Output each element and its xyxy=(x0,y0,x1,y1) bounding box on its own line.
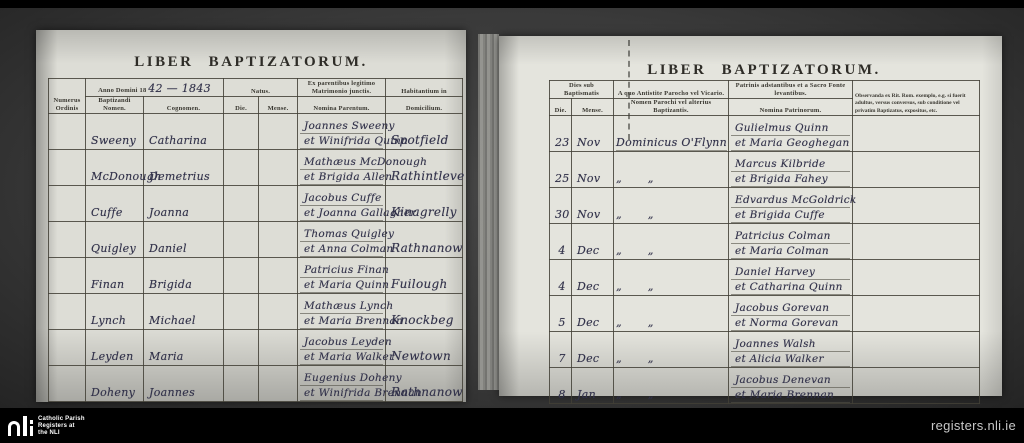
sponsors-cell: Daniel Harvey et Catharina Quinn xyxy=(729,260,853,296)
parents-cell: Eugenius Doheny et Winifrida Brennan xyxy=(298,366,386,402)
nli-caption-line: Catholic Parish xyxy=(38,416,85,423)
numerus-cell xyxy=(49,114,86,150)
sponsors-cell: Jacobus Denevan et Maria Brennan xyxy=(729,368,853,404)
column-group-habitantium: Habitantium in xyxy=(386,79,463,97)
nli-logo-n xyxy=(8,421,20,436)
table-row: 4 Dec „ „ Daniel Harvey et Catharina Qui… xyxy=(550,260,980,296)
sponsor-1: Patricius Colman xyxy=(731,229,850,244)
residence-cell: Newtown xyxy=(386,330,463,366)
parent-father: Patricius Finan xyxy=(300,263,383,278)
numerus-cell xyxy=(49,366,86,402)
parents-cell: Thomas Quigley et Anna Colman xyxy=(298,222,386,258)
parent-father: Joannes Sweeny xyxy=(300,119,383,134)
parent-father: Mathæus Lynch xyxy=(300,299,383,314)
baptism-day-cell: 30 xyxy=(550,188,572,224)
register-photo-backdrop: LIBER BAPTIZATORUM. Numerus Ordinis Anno… xyxy=(0,8,1024,408)
sponsor-2: et Maria Brennan xyxy=(731,388,850,403)
minister-cell: „ „ xyxy=(614,152,729,188)
anno-domini-handwritten: 42 — 1843 xyxy=(148,82,211,95)
minister-cell: „ „ xyxy=(614,368,729,404)
minister-cell: „ „ xyxy=(614,260,729,296)
mense-cell xyxy=(259,114,298,150)
surname-cell: Doheny xyxy=(86,366,144,402)
table-row: Sweeny Catharina Joannes Sweeny et Winif… xyxy=(49,114,463,150)
parent-mother: et Maria Quinn xyxy=(300,278,383,293)
site-url: registers.nli.ie xyxy=(931,418,1016,433)
parent-father: Jacobus Cuffe xyxy=(300,191,383,206)
surname-cell: Cuffe xyxy=(86,186,144,222)
mense-cell xyxy=(259,366,298,402)
observations-cell xyxy=(853,368,980,404)
parents-cell: Mathæus Lynch et Maria Brennan xyxy=(298,294,386,330)
table-row: Leyden Maria Jacobus Leyden et Maria Wal… xyxy=(49,330,463,366)
residence-cell: Rathnanow xyxy=(386,222,463,258)
numerus-cell xyxy=(49,330,86,366)
sponsor-2: et Alicia Walker xyxy=(731,352,850,367)
page-title: LIBER BAPTIZATORUM. xyxy=(549,62,979,79)
numerus-cell xyxy=(49,258,86,294)
sponsor-2: et Maria Geoghegan xyxy=(731,136,850,151)
given-name-cell: Michael xyxy=(144,294,224,330)
column-group-anno-domini: Anno Domini 18 42 — 1843 xyxy=(86,79,224,97)
observations-cell xyxy=(853,152,980,188)
surname-cell: McDonough xyxy=(86,150,144,186)
minister-cell: „ „ xyxy=(614,332,729,368)
numerus-cell xyxy=(49,294,86,330)
observations-cell xyxy=(853,224,980,260)
die-cell xyxy=(224,330,259,366)
table-row: 8 Jan „ „ Jacobus Denevan et Maria Brenn… xyxy=(550,368,980,404)
parents-cell: Joannes Sweeny et Winifrida Quinn xyxy=(298,114,386,150)
surname-cell: Lynch xyxy=(86,294,144,330)
given-name-cell: Daniel xyxy=(144,222,224,258)
minister-cell: „ „ xyxy=(614,188,729,224)
anno-domini-printed: Anno Domini 18 xyxy=(98,87,146,94)
ditto-marks: „ „ xyxy=(616,388,654,401)
column-header-nomina-parentum: Nomina Parentum. xyxy=(298,97,386,114)
column-header-domicilium: Domicilium. xyxy=(386,97,463,114)
page-title: LIBER BAPTIZATORUM. xyxy=(44,54,458,71)
residence-cell: Spotfield xyxy=(386,114,463,150)
baptism-day-cell: 4 xyxy=(550,224,572,260)
parent-mother: et Winifrida Quinn xyxy=(300,134,383,149)
sponsors-cell: Edvardus McGoldrick et Brigida Cuffe xyxy=(729,188,853,224)
given-name-cell: Maria xyxy=(144,330,224,366)
die-cell xyxy=(224,150,259,186)
sponsor-1: Jacobus Gorevan xyxy=(731,301,850,316)
table-row: 25 Nov „ „ Marcus Kilbride et Brigida Fa… xyxy=(550,152,980,188)
observations-cell xyxy=(853,116,980,152)
column-header-nomina-patrinorum: Nomina Patrinorum. xyxy=(729,99,853,116)
surname-cell: Leyden xyxy=(86,330,144,366)
column-header-die: Die. xyxy=(550,99,572,116)
parent-father: Thomas Quigley xyxy=(300,227,383,242)
column-header-die: Die. xyxy=(224,97,259,114)
table-row: Doheny Joannes Eugenius Doheny et Winifr… xyxy=(49,366,463,402)
die-cell xyxy=(224,222,259,258)
sponsor-2: et Brigida Cuffe xyxy=(731,208,850,223)
nli-logo-i-bar xyxy=(30,426,34,436)
mense-cell xyxy=(259,294,298,330)
baptism-month-cell: Nov xyxy=(572,152,614,188)
table-row: Lynch Michael Mathæus Lynch et Maria Bre… xyxy=(49,294,463,330)
parent-mother: et Winifrida Brennan xyxy=(300,386,383,401)
sponsor-2: et Norma Gorevan xyxy=(731,316,850,331)
table-row: Cuffe Joanna Jacobus Cuffe et Joanna Gal… xyxy=(49,186,463,222)
ditto-marks: „ „ xyxy=(616,208,654,221)
minister-cell: „ „ xyxy=(614,224,729,260)
given-name-cell: Joannes xyxy=(144,366,224,402)
baptism-month-cell: Nov xyxy=(572,188,614,224)
column-header-mense: Mense. xyxy=(259,97,298,114)
sponsor-2: et Brigida Fahey xyxy=(731,172,850,187)
column-header-mense: Mense. xyxy=(572,99,614,116)
sponsor-1: Joannes Walsh xyxy=(731,337,850,352)
nli-logo-i-dot xyxy=(30,420,34,424)
table-row: Finan Brigida Patricius Finan et Maria Q… xyxy=(49,258,463,294)
footer-bar: Catholic Parish Registers at the NLI reg… xyxy=(0,408,1024,443)
die-cell xyxy=(224,294,259,330)
column-header-nomen: Baptizandi Nomen. xyxy=(86,97,144,114)
parents-cell: Jacobus Cuffe et Joanna Gallagher xyxy=(298,186,386,222)
column-group-minister: A quo Antistite Parocho vel Vicario. xyxy=(614,81,729,99)
sponsor-1: Gulielmus Quinn xyxy=(731,121,850,136)
nli-caption-line: the NLI xyxy=(38,430,85,437)
parent-mother: et Joanna Gallagher xyxy=(300,206,383,221)
baptism-day-cell: 5 xyxy=(550,296,572,332)
sponsors-cell: Jacobus Gorevan et Norma Gorevan xyxy=(729,296,853,332)
ditto-marks: „ „ xyxy=(616,280,654,293)
sponsors-cell: Gulielmus Quinn et Maria Geoghegan xyxy=(729,116,853,152)
baptism-month-cell: Dec xyxy=(572,296,614,332)
observations-cell xyxy=(853,296,980,332)
surname-cell: Sweeny xyxy=(86,114,144,150)
mense-cell xyxy=(259,330,298,366)
nli-caption-line: Registers at xyxy=(38,423,85,430)
parents-cell: Mathæus McDonough et Brigida Allen xyxy=(298,150,386,186)
baptism-day-cell: 23 xyxy=(550,116,572,152)
sponsor-2: et Catharina Quinn xyxy=(731,280,850,295)
baptism-day-cell: 8 xyxy=(550,368,572,404)
sponsor-1: Jacobus Denevan xyxy=(731,373,850,388)
baptism-register-table-left: Numerus Ordinis Anno Domini 18 42 — 1843… xyxy=(48,78,463,402)
minister-cell: „ „ xyxy=(614,296,729,332)
sponsor-1: Daniel Harvey xyxy=(731,265,850,280)
numerus-cell xyxy=(49,186,86,222)
baptism-month-cell: Dec xyxy=(572,260,614,296)
column-group-baptism-date: Dies sub Baptismatis xyxy=(550,81,614,99)
surname-cell: Finan xyxy=(86,258,144,294)
given-name-cell: Catharina xyxy=(144,114,224,150)
parents-cell: Jacobus Leyden et Maria Walker xyxy=(298,330,386,366)
right-page: LIBER BAPTIZATORUM. Dies sub Baptismatis… xyxy=(499,36,1002,396)
column-header-observations: Observanda ex Rit. Rom. exemplo, e.g. si… xyxy=(853,81,980,116)
column-header-minister-name: Nomen Parochi vel alterius Baptizantis. xyxy=(614,99,729,116)
table-row: 7 Dec „ „ Joannes Walsh et Alicia Walker xyxy=(550,332,980,368)
minister-cell: Dominicus O'Flynn xyxy=(614,116,729,152)
column-group-sponsors: Patrinis adstantibus et a Sacro Fonte le… xyxy=(729,81,853,99)
baptism-month-cell: Nov xyxy=(572,116,614,152)
residence-cell: Knockbeg xyxy=(386,294,463,330)
nli-caption: Catholic Parish Registers at the NLI xyxy=(38,416,85,437)
table-row: 5 Dec „ „ Jacobus Gorevan et Norma Gorev… xyxy=(550,296,980,332)
ditto-marks: „ „ xyxy=(616,244,654,257)
parent-mother: et Brigida Allen xyxy=(300,170,383,185)
die-cell xyxy=(224,366,259,402)
ditto-marks: „ „ xyxy=(616,316,654,329)
sponsors-cell: Marcus Kilbride et Brigida Fahey xyxy=(729,152,853,188)
left-page: LIBER BAPTIZATORUM. Numerus Ordinis Anno… xyxy=(36,30,466,402)
parent-father: Eugenius Doheny xyxy=(300,371,383,386)
mense-cell xyxy=(259,258,298,294)
die-cell xyxy=(224,114,259,150)
ditto-marks: „ „ xyxy=(616,352,654,365)
numerus-cell xyxy=(49,222,86,258)
die-cell xyxy=(224,186,259,222)
die-cell xyxy=(224,258,259,294)
column-header-cognomen: Cognomen. xyxy=(144,97,224,114)
mense-cell xyxy=(259,186,298,222)
table-row: 23 Nov Dominicus O'Flynn Gulielmus Quinn… xyxy=(550,116,980,152)
ditto-marks: „ „ xyxy=(616,172,654,185)
mense-cell xyxy=(259,222,298,258)
given-name-cell: Brigida xyxy=(144,258,224,294)
baptism-month-cell: Dec xyxy=(572,224,614,260)
table-row: 4 Dec „ „ Patricius Colman et Maria Colm… xyxy=(550,224,980,260)
column-group-parents: Ex parentibus legitimo Matrimonio juncti… xyxy=(298,79,386,97)
baptism-month-cell: Dec xyxy=(572,332,614,368)
parent-mother: et Maria Brennan xyxy=(300,314,383,329)
column-header-numerus: Numerus Ordinis xyxy=(49,79,86,114)
parent-mother: et Anna Colman xyxy=(300,242,383,257)
table-row: 30 Nov „ „ Edvardus McGoldrick et Brigid… xyxy=(550,188,980,224)
parent-father: Jacobus Leyden xyxy=(300,335,383,350)
column-group-natus: Natus. xyxy=(224,79,298,97)
numerus-cell xyxy=(49,150,86,186)
surname-cell: Quigley xyxy=(86,222,144,258)
baptism-register-table-right: Dies sub Baptismatis A quo Antistite Par… xyxy=(549,80,980,404)
residence-cell: Kinagrelly xyxy=(386,186,463,222)
parent-mother: et Maria Walker xyxy=(300,350,383,365)
observations-cell xyxy=(853,260,980,296)
table-row: Quigley Daniel Thomas Quigley et Anna Co… xyxy=(49,222,463,258)
given-name-cell: Joanna xyxy=(144,186,224,222)
minister-name: Dominicus O'Flynn xyxy=(616,136,727,151)
residence-cell: Fuilough xyxy=(386,258,463,294)
nli-logo-l xyxy=(23,416,27,436)
mense-cell xyxy=(259,150,298,186)
observations-cell xyxy=(853,332,980,368)
sponsors-cell: Patricius Colman et Maria Colman xyxy=(729,224,853,260)
sponsor-1: Edvardus McGoldrick xyxy=(731,193,850,208)
table-row: McDonough Demetrius Mathæus McDonough et… xyxy=(49,150,463,186)
baptism-month-cell: Jan xyxy=(572,368,614,404)
baptism-day-cell: 7 xyxy=(550,332,572,368)
baptism-day-cell: 4 xyxy=(550,260,572,296)
sponsors-cell: Joannes Walsh et Alicia Walker xyxy=(729,332,853,368)
observations-cell xyxy=(853,188,980,224)
nli-logo-i xyxy=(30,420,34,436)
sponsor-2: et Maria Colman xyxy=(731,244,850,259)
book-gutter-page-edges xyxy=(478,34,499,390)
parent-father: Mathæus McDonough xyxy=(300,155,383,170)
sponsor-1: Marcus Kilbride xyxy=(731,157,850,172)
given-name-cell: Demetrius xyxy=(144,150,224,186)
parents-cell: Patricius Finan et Maria Quinn xyxy=(298,258,386,294)
baptism-day-cell: 25 xyxy=(550,152,572,188)
nli-logo xyxy=(8,415,33,436)
